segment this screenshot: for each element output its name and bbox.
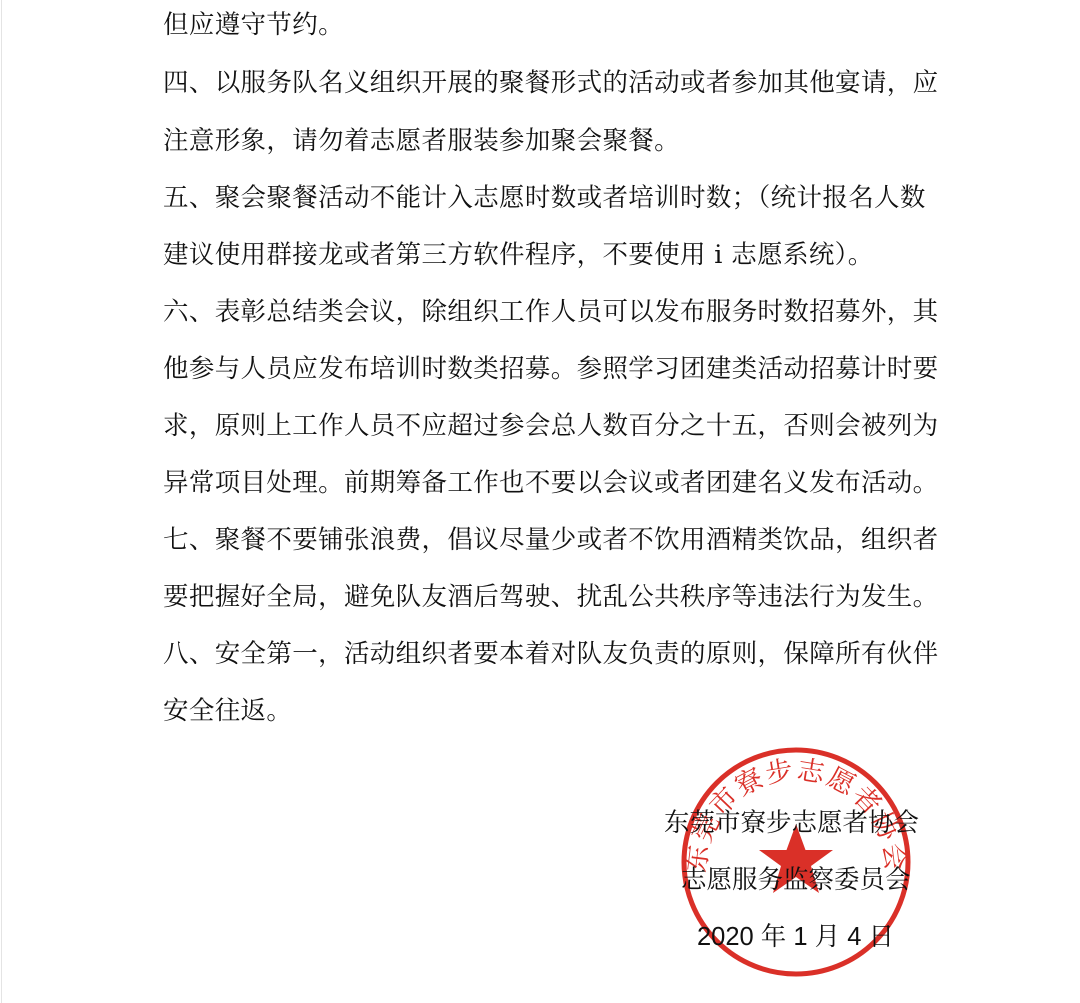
paragraph-line: 求，原则上工作人员不应超过参会总人数百分之十五，否则会被列为 xyxy=(163,411,939,441)
paragraph-line: 四、以服务队名义组织开展的聚餐形式的活动或者参加其他宴请，应 xyxy=(163,68,939,98)
signature-committee: 志愿服务监察委员会 xyxy=(681,865,911,895)
signature-date: 2020 年 1 月 4 日 xyxy=(697,922,894,952)
paragraph-line: 注意形象，请勿着志愿者服装参加聚会聚餐。 xyxy=(163,126,680,156)
paragraph-line: 八、安全第一，活动组织者要本着对队友负责的原则，保障所有伙伴 xyxy=(163,639,939,669)
paragraph-line: 但应遵守节约。 xyxy=(163,10,344,40)
paragraph-line: 他参与人员应发布培训时数类招募。参照学习团建类活动招募计时要 xyxy=(163,354,939,384)
page-edge-line xyxy=(1,0,2,1003)
paragraph-line: 五、聚会聚餐活动不能计入志愿时数或者培训时数；（统计报名人数 xyxy=(163,183,926,213)
paragraph-line: 建议使用群接龙或者第三方软件程序，不要使用 i 志愿系统）。 xyxy=(163,240,874,270)
paragraph-line: 要把握好全局，避免队友酒后驾驶、扰乱公共秩序等违法行为发生。 xyxy=(163,582,939,612)
paragraph-line: 六、表彰总结类会议，除组织工作人员可以发布服务时数招募外，其 xyxy=(163,297,939,327)
signature-organization: 东莞市寮步志愿者协会 xyxy=(664,808,919,838)
paragraph-line: 七、聚餐不要铺张浪费，倡议尽量少或者不饮用酒精类饮品，组织者 xyxy=(163,525,939,555)
paragraph-line: 异常项目处理。前期筹备工作也不要以会议或者团建名义发布活动。 xyxy=(163,468,939,498)
paragraph-line: 安全往返。 xyxy=(163,696,292,726)
